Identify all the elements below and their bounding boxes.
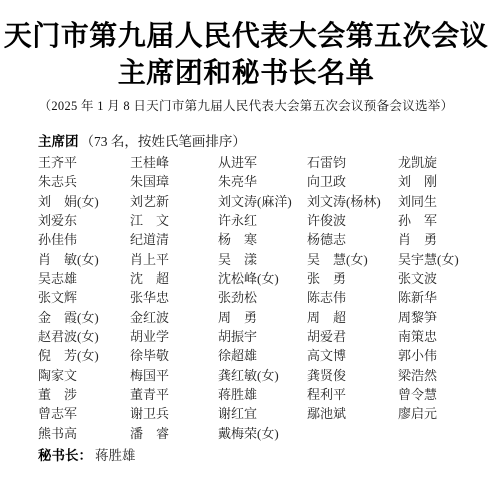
presidium-member: 张文辉 [38, 288, 130, 307]
presidium-member: 梅国平 [130, 366, 218, 385]
presidium-member: 倪 芳(女) [38, 346, 130, 365]
presidium-member: 朱亮华 [218, 172, 307, 191]
presidium-member: 徐超雄 [218, 346, 307, 365]
presidium-member: 陈新华 [398, 288, 486, 307]
presidium-member: 高文博 [307, 346, 398, 365]
presidium-member: 胡爱君 [307, 327, 398, 346]
presidium-member: 纪道清 [130, 230, 218, 249]
presidium-member: 曾志军 [38, 404, 130, 423]
presidium-member: 周 超 [307, 308, 398, 327]
presidium-member: 张劲松 [218, 288, 307, 307]
presidium-member: 曾令慧 [398, 385, 486, 404]
presidium-member: 朱志兵 [38, 172, 130, 191]
presidium-member: 鄢池斌 [307, 404, 398, 423]
presidium-member: 周 勇 [218, 308, 307, 327]
presidium-label: 主席团 [38, 134, 79, 149]
presidium-member: 蒋胜雄 [218, 385, 307, 404]
presidium-member: 刘文涛(麻洋) [218, 192, 307, 211]
presidium-member: 谢红宜 [218, 404, 307, 423]
presidium-member: 董 涉 [38, 385, 130, 404]
presidium-member: 陶家文 [38, 366, 130, 385]
presidium-member: 王桂峰 [130, 153, 218, 172]
presidium-member: 刘文涛(杨林) [307, 192, 398, 211]
presidium-member: 周黎笋 [398, 308, 486, 327]
presidium-member: 吴 漾 [218, 250, 307, 269]
presidium-member: 梁浩然 [398, 366, 486, 385]
document-page: 天门市第九届人民代表大会第五次会议 主席团和秘书长名单 （2025 年 1 月 … [0, 0, 492, 478]
presidium-member: 张 勇 [307, 269, 398, 288]
presidium-member: 刘同生 [398, 192, 486, 211]
presidium-member: 刘爱东 [38, 211, 130, 230]
presidium-member: 金红波 [130, 308, 218, 327]
presidium-section-header: 主席团（73 名，按姓氏笔画排序） [38, 132, 246, 151]
presidium-member: 肖 勇 [398, 230, 486, 249]
presidium-member: 杨 寒 [218, 230, 307, 249]
election-date-subtitle: （2025 年 1 月 8 日天门市第九届人民代表大会第五次会议预备会议选举） [0, 98, 492, 115]
presidium-member: 吴志雄 [38, 269, 130, 288]
presidium-member: 肖 敏(女) [38, 250, 130, 269]
presidium-member: 赵君波(女) [38, 327, 130, 346]
secretary-general-name: 蒋胜雄 [95, 448, 136, 463]
presidium-member: 沈松峰(女) [218, 269, 307, 288]
presidium-member: 杨德志 [307, 230, 398, 249]
presidium-member: 许俊波 [307, 211, 398, 230]
presidium-member: 董青平 [130, 385, 218, 404]
presidium-member: 熊书高 [38, 424, 130, 443]
presidium-member: 龚红敏(女) [218, 366, 307, 385]
presidium-member: 刘 刚 [398, 172, 486, 191]
presidium-member: 肖上平 [130, 250, 218, 269]
presidium-member: 孙 军 [398, 211, 486, 230]
presidium-member: 廖启元 [398, 404, 486, 423]
document-title: 天门市第九届人民代表大会第五次会议 主席团和秘书长名单 [0, 17, 492, 91]
document-title-line2: 主席团和秘书长名单 [0, 54, 492, 91]
presidium-member: 胡业学 [130, 327, 218, 346]
presidium-member: 龙凯旋 [398, 153, 486, 172]
presidium-member: 徐毕敬 [130, 346, 218, 365]
presidium-member: 吴宇慧(女) [398, 250, 486, 269]
presidium-member: 吴 慧(女) [307, 250, 398, 269]
presidium-member: 向卫政 [307, 172, 398, 191]
presidium-member: 从进军 [218, 153, 307, 172]
presidium-member: 江 文 [130, 211, 218, 230]
presidium-member: 刘艺新 [130, 192, 218, 211]
presidium-member: 戴梅荣(女) [218, 424, 307, 443]
presidium-member: 程利平 [307, 385, 398, 404]
presidium-member: 张文波 [398, 269, 486, 288]
presidium-member: 石雷钧 [307, 153, 398, 172]
presidium-member: 南策忠 [398, 327, 486, 346]
presidium-member: 孙佳伟 [38, 230, 130, 249]
secretary-general-label: 秘书长： [38, 448, 92, 463]
presidium-member: 郭小伟 [398, 346, 486, 365]
presidium-member: 王齐平 [38, 153, 130, 172]
presidium-member: 朱国璋 [130, 172, 218, 191]
presidium-name-list: 王齐平王桂峰从进军石雷钧龙凯旋朱志兵朱国璋朱亮华向卫政刘 刚刘 娟(女)刘艺新刘… [38, 153, 486, 443]
presidium-member: 沈 超 [130, 269, 218, 288]
document-title-line1: 天门市第九届人民代表大会第五次会议 [0, 17, 492, 54]
secretary-general-line: 秘书长：蒋胜雄 [38, 446, 136, 465]
presidium-member: 张华忠 [130, 288, 218, 307]
presidium-member: 胡振宇 [218, 327, 307, 346]
presidium-member: 陈志伟 [307, 288, 398, 307]
presidium-member: 潘 睿 [130, 424, 218, 443]
presidium-note: （73 名，按姓氏笔画排序） [81, 134, 246, 149]
presidium-member: 刘 娟(女) [38, 192, 130, 211]
presidium-member: 谢卫兵 [130, 404, 218, 423]
presidium-member: 龚贤俊 [307, 366, 398, 385]
presidium-member: 许永红 [218, 211, 307, 230]
presidium-member: 金 霞(女) [38, 308, 130, 327]
